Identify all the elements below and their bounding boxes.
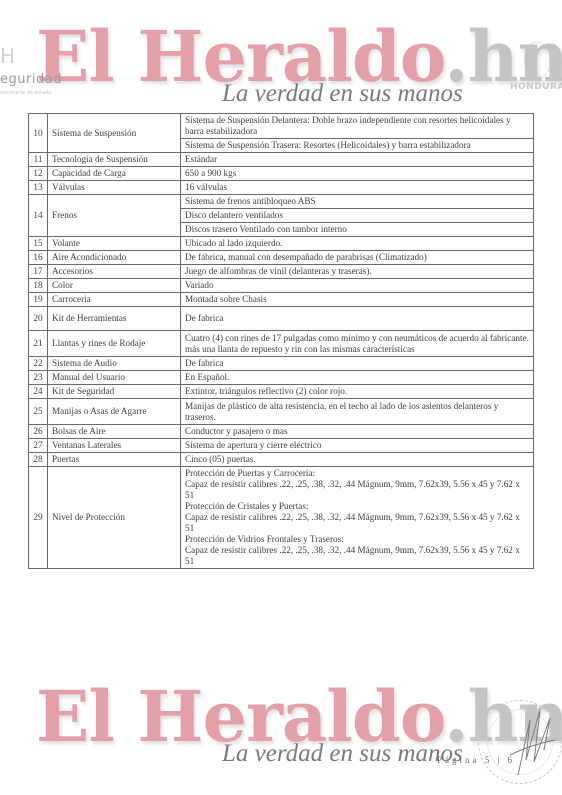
specifications-table: 10Sistema de SuspensiónSistema de Suspen… (28, 113, 534, 569)
row-detail: 650 a 900 kgs (181, 167, 534, 181)
signature-icon (500, 700, 560, 780)
watermark-brand: El Heraldo.hn (36, 22, 562, 92)
honduras-coat-of-arms-logo: HONDURA (512, 42, 562, 102)
row-detail: Protección de Puertas y Carroceria: Capa… (181, 467, 534, 569)
page-number: Página 5 | 6 (437, 755, 515, 765)
table-row: 21Llantas y rines de RodajeCuatro (4) co… (29, 331, 534, 357)
row-detail: Estándar (181, 153, 534, 167)
table-row: 16Aire AcondicionadoDe fábrica, manual c… (29, 251, 534, 265)
row-item: Kit de Seguridad (48, 385, 181, 399)
logo-text: eguridad (0, 72, 62, 87)
row-detail: Discos trasero Ventilado con tambor inte… (181, 223, 534, 237)
table-row: 11Tecnología de SuspensiónEstándar (29, 153, 534, 167)
table-row: 13Válvulas16 válvulas (29, 181, 534, 195)
row-detail: Sistema de Suspensión Trasera: Resortes … (181, 139, 534, 153)
honduras-text: HONDURA (510, 82, 562, 92)
logo-initial: H (0, 44, 15, 68)
row-number: 27 (29, 439, 48, 453)
table-row: 12Capacidad de Carga650 a 900 kgs (29, 167, 534, 181)
row-number: 23 (29, 371, 48, 385)
table-row: 20Kit de HerramientasDe fabrica (29, 307, 534, 331)
row-item: Aire Acondicionado (48, 251, 181, 265)
row-item: Frenos (48, 195, 181, 237)
row-number: 15 (29, 237, 48, 251)
bottom-watermark: El Heraldo.hn La verdad en sus manos (0, 660, 562, 795)
row-detail: De fabrica (181, 307, 534, 331)
row-item: Sistema de Audio (48, 357, 181, 371)
row-number: 22 (29, 357, 48, 371)
row-item: Capacidad de Carga (48, 167, 181, 181)
brand-main: El Heraldo (36, 15, 444, 98)
row-number: 14 (29, 195, 48, 237)
row-number: 10 (29, 114, 48, 153)
row-detail: Cuatro (4) con rines de 17 pulgadas como… (181, 331, 534, 357)
row-item: Puertas (48, 453, 181, 467)
row-detail: Variado (181, 279, 534, 293)
specifications-table-body: 10Sistema de SuspensiónSistema de Suspen… (29, 114, 534, 569)
row-number: 25 (29, 399, 48, 425)
table-row: 14FrenosSistema de frenos antibloqueo AB… (29, 195, 534, 209)
table-row: 15VolanteUbicado al lado izquierdo. (29, 237, 534, 251)
row-number: 11 (29, 153, 48, 167)
row-item: Ventanas Laterales (48, 439, 181, 453)
row-detail: Sistema de Suspensión Delantera: Doble b… (181, 114, 534, 139)
table-row: 26Bolsas de AireConductor y pasajero o m… (29, 425, 534, 439)
row-detail: Juego de alfombras de vinil (delanteras … (181, 265, 534, 279)
watermark-tagline: La verdad en sus manos (222, 80, 463, 108)
row-item: Carroceria (48, 293, 181, 307)
row-detail: Conductor y pasajero o mas (181, 425, 534, 439)
row-detail: Ubicado al lado izquierdo. (181, 237, 534, 251)
row-item: Sistema de Suspensión (48, 114, 181, 153)
row-detail: Manijas de plástico de alta resistencia,… (181, 399, 534, 425)
row-detail: Montada sobre Chasis (181, 293, 534, 307)
row-number: 18 (29, 279, 48, 293)
table-row: 10Sistema de SuspensiónSistema de Suspen… (29, 114, 534, 139)
row-item: Tecnología de Suspensión (48, 153, 181, 167)
table-row: 19CarroceriaMontada sobre Chasis (29, 293, 534, 307)
logo-subtext: secretaría de estado (0, 90, 51, 96)
table-row: 18ColorVariado (29, 279, 534, 293)
table-row: 24Kit de SeguridadExtintor, triángulos r… (29, 385, 534, 399)
table-row: 29Nivel de ProtecciónProtección de Puert… (29, 467, 534, 569)
row-number: 12 (29, 167, 48, 181)
table-row: 17AccesoriosJuego de alfombras de vinil … (29, 265, 534, 279)
row-detail: Sistema de apertura y cierre eléctrico (181, 439, 534, 453)
row-detail: En Español. (181, 371, 534, 385)
row-item: Accesorios (48, 265, 181, 279)
row-number: 16 (29, 251, 48, 265)
row-number: 24 (29, 385, 48, 399)
row-detail: De fabrica (181, 357, 534, 371)
table-row: 27Ventanas LateralesSistema de apertura … (29, 439, 534, 453)
coat-of-arms-icon (524, 42, 550, 78)
row-item: Bolsas de Aire (48, 425, 181, 439)
row-item: Manual del Usuario (48, 371, 181, 385)
row-item: Manijas o Asas de Agarre (48, 399, 181, 425)
row-detail: De fábrica, manual con desempañado de pa… (181, 251, 534, 265)
row-item: Llantas y rines de Rodaje (48, 331, 181, 357)
row-item: Válvulas (48, 181, 181, 195)
row-number: 20 (29, 307, 48, 331)
row-number: 13 (29, 181, 48, 195)
table-row: 25Manijas o Asas de AgarreManijas de plá… (29, 399, 534, 425)
row-number: 19 (29, 293, 48, 307)
row-item: Kit de Herramientas (48, 307, 181, 331)
row-detail: Disco delantero ventilados (181, 209, 534, 223)
row-item: Nivel de Protección (48, 467, 181, 569)
row-number: 26 (29, 425, 48, 439)
row-number: 21 (29, 331, 48, 357)
row-detail: Extintor, triángulos reflectivo (2) colo… (181, 385, 534, 399)
top-watermark: El Heraldo.hn La verdad en sus manos (0, 0, 562, 110)
row-detail: Cinco (05) puertas. (181, 453, 534, 467)
table-row: 22Sistema de AudioDe fabrica (29, 357, 534, 371)
watermark-tagline: La verdad en sus manos (222, 740, 463, 768)
brand-main: El Heraldo (36, 675, 444, 758)
row-number: 17 (29, 265, 48, 279)
row-number: 28 (29, 453, 48, 467)
row-number: 29 (29, 467, 48, 569)
row-detail: Sistema de frenos antibloqueo ABS (181, 195, 534, 209)
row-item: Color (48, 279, 181, 293)
table-row: 23Manual del UsuarioEn Español. (29, 371, 534, 385)
row-item: Volante (48, 237, 181, 251)
table-row: 28PuertasCinco (05) puertas. (29, 453, 534, 467)
row-detail: 16 válvulas (181, 181, 534, 195)
